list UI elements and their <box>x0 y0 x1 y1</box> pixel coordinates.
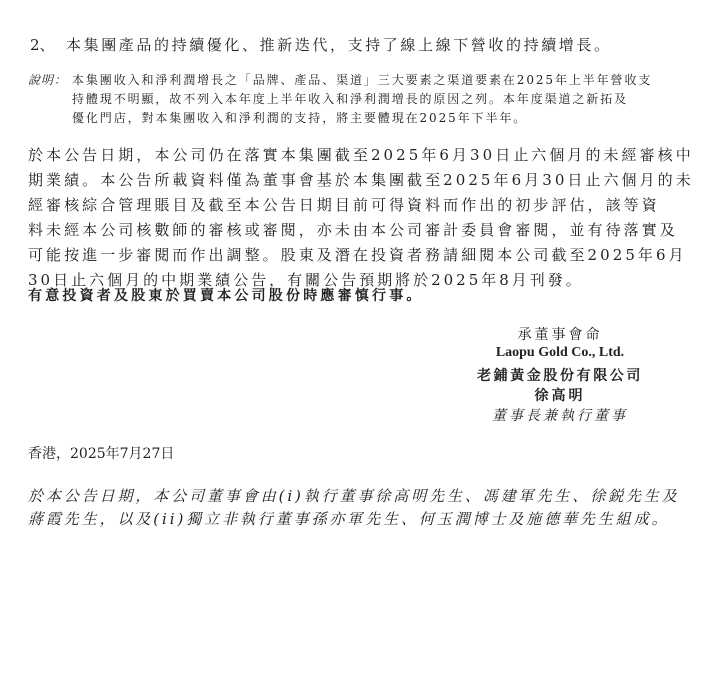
item-text: 本集團產品的持續優化、推新迭代，支持了線上線下營收的持續增長。 <box>66 34 612 55</box>
note-line: 優化門店，對本集團收入和淨利潤的支持，將主要體現在2025年下半年。 <box>72 109 527 126</box>
closing-line: 於本公告日期，本公司董事會由(i)執行董事徐高明先生、馮建軍先生、徐鋭先生及 <box>28 485 680 506</box>
note-line: 持體現不明顯，故不列入本年度上半年收入和淨利潤增長的原因之列。本年度渠道之新拓及 <box>72 90 628 107</box>
paragraph-line: 料未經本公司核數師的審核或審閱，亦未由本公司審計委員會審閱，並有待落實及 <box>28 219 678 240</box>
paragraph-line: 經審核綜合管理賬目及截至本公告日期目前可得資料而作出的初步評估，該等資 <box>28 194 660 215</box>
signatory-name: 徐高明 <box>470 385 650 405</box>
place-date: 香港，2025年7月27日 <box>28 443 174 463</box>
company-name-en: Laopu Gold Co., Ltd. <box>470 345 650 361</box>
investor-warning: 有意投資者及股東於買賣本公司股份時應審慎行事。 <box>28 285 424 305</box>
company-name-zh: 老鋪黃金股份有限公司 <box>470 365 650 385</box>
paragraph-line: 可能按進一步審閱而作出調整。股東及潛在投資者務請細閱本公司截至2025年6月 <box>28 244 687 265</box>
item-number: 2、 <box>30 34 55 55</box>
signatory-title: 董事長兼執行董事 <box>470 405 650 425</box>
paragraph-line: 於本公告日期，本公司仍在落實本集團截至2025年6月30日止六個月的未經審核中 <box>28 144 694 165</box>
paragraph-line: 期業績。本公告所載資料僅為董事會基於本集團截至2025年6月30日止六個月的未 <box>28 169 694 190</box>
note-line: 本集團收入和淨利潤增長之「品牌、產品、渠道」三大要素之渠道要素在2025年上半年… <box>72 71 652 88</box>
closing-line: 蔣霞先生，以及(ii)獨立非執行董事孫亦軍先生、何玉潤博士及施德華先生組成。 <box>28 508 670 529</box>
note-label: 說明： <box>28 71 67 88</box>
by-order-of-board: 承董事會命 <box>470 324 650 344</box>
